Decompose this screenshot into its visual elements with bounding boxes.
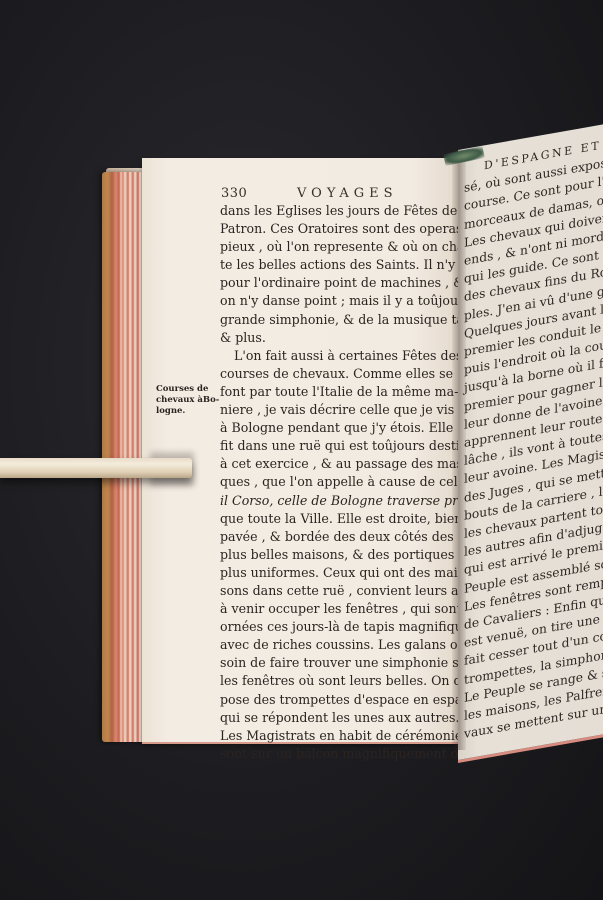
text-line: il Corso, celle de Bologne traverse pres… [220,492,452,510]
text-line: avec de riches coussins. Les galans ont [220,636,452,654]
text-line: sont sur un balcon magnifiquement or- [220,745,452,763]
text-line: L'on fait aussi à certaines Fêtes des [220,347,452,365]
text-line: plus uniformes. Ceux qui ont des mai- [220,564,452,582]
book-gutter [452,150,466,750]
text-line: soin de faire trouver une simphonie sous [220,654,452,672]
text-line: pour l'ordinaire point de machines , & [220,274,452,292]
left-page: 330 VOYAGES Courses de chevaux àBo- logn… [142,158,460,744]
page-stack-edges [102,172,146,742]
text-line: pavée , & bordée des deux côtés des [220,528,452,546]
margin-note-line: Courses de [156,384,222,395]
text-line: à cet exercice , & au passage des mas- [220,455,452,473]
right-page: D'ESPAGNE ET D'ITALIE. sé, où sont aussi… [458,115,603,763]
text-line: sons dans cette ruë , convient leurs ami… [220,582,452,600]
text-line: les fenêtres où sont leurs belles. On di… [220,672,452,690]
text-line: on n'y danse point ; mais il y a toûjour… [220,292,452,310]
page-holder-stick [0,458,192,478]
text-line: grande simphonie, & de la musique tant [220,311,452,329]
text-line: te les belles actions des Saints. Il n'y… [220,256,452,274]
text-line: que toute la Ville. Elle est droite, bie… [220,510,452,528]
margin-note-line: chevaux àBo- [156,395,222,406]
text-line: qui se répondent les unes aux autres. [220,709,452,727]
text-line: pieux , où l'on represente & où on chan- [220,238,452,256]
running-head-title: VOYAGES [297,186,398,201]
page-number: 330 [221,186,247,201]
text-line: font par toute l'Italie de la même ma- [220,383,452,401]
text-line: courses de chevaux. Comme elles se [220,365,452,383]
margin-note-line: logne. [156,406,222,417]
right-page-body-text: D'ESPAGNE ET D'ITALIE. sé, où sont aussi… [464,127,603,743]
text-line: ques , que l'on appelle à cause de cela, [220,473,452,491]
text-line: dans les Eglises les jours de Fêtes de [220,202,452,220]
text-line: plus belles maisons, & des portiques les [220,546,452,564]
left-page-body-text: dans les Eglises les jours de Fêtes de P… [220,202,452,763]
text-line: fit dans une ruë qui est toûjours destin… [220,437,452,455]
text-line: ornées ces jours-là de tapis magnifiques [220,618,452,636]
text-line: à Bologne pendant que j'y étois. Elle se [220,419,452,437]
text-line: Les Magistrats en habit de cérémonie [220,727,452,745]
text-line: à venir occuper les fenêtres , qui sont [220,600,452,618]
text-line: niere , je vais décrire celle que je vis [220,401,452,419]
text-line: Patron. Ces Oratoires sont des operas [220,220,452,238]
text-line: pose des trompettes d'espace en espace, [220,691,452,709]
text-line: & plus. [220,329,452,347]
book-photo-scene: 330 VOYAGES Courses de chevaux àBo- logn… [0,0,603,900]
margin-note: Courses de chevaux àBo- logne. [156,384,222,417]
